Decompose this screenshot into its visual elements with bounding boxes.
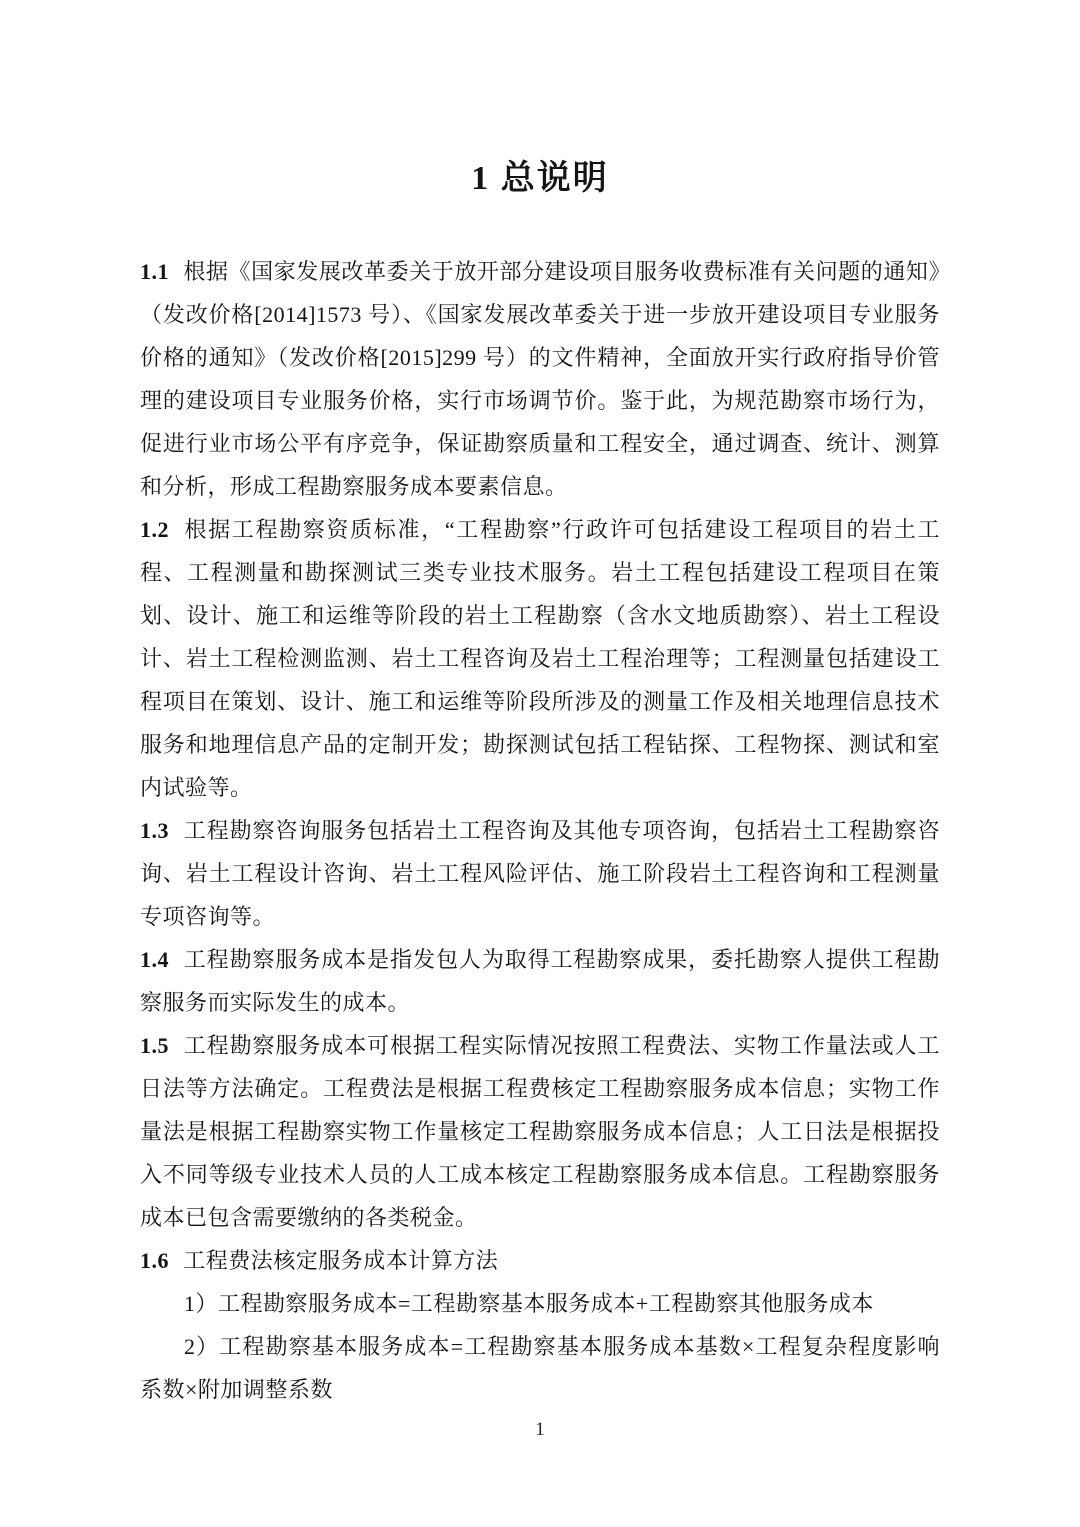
paragraph-1-1: 1.1根据《国家发展改革委关于放开部分建设项目服务收费标准有关问题的通知》（发改…: [140, 250, 940, 508]
formula-item-2: 2）工程勘察基本服务成本=工程勘察基本服务成本基数×工程复杂程度影响系数×附加调…: [140, 1325, 940, 1411]
paragraph-number: 1.2: [140, 517, 169, 542]
document-title: 1 总说明: [140, 158, 940, 200]
formula-item-1: 1）工程勘察服务成本=工程勘察基本服务成本+工程勘察其他服务成本: [140, 1282, 940, 1325]
paragraph-text: 工程勘察服务成本是指发包人为取得工程勘察成果，委托勘察人提供工程勘察服务而实际发…: [140, 947, 940, 1015]
document-page: 1 总说明 1.1根据《国家发展改革委关于放开部分建设项目服务收费标准有关问题的…: [0, 0, 1080, 1527]
paragraph-1-5: 1.5工程勘察服务成本可根据工程实际情况按照工程费法、实物工作量法或人工日法等方…: [140, 1024, 940, 1239]
paragraph-text: 根据《国家发展改革委关于放开部分建设项目服务收费标准有关问题的通知》（发改价格[…: [140, 259, 940, 499]
paragraph-text: 根据工程勘察资质标准，“工程勘察”行政许可包括建设工程项目的岩土工程、工程测量和…: [140, 517, 940, 800]
document-body: 1.1根据《国家发展改革委关于放开部分建设项目服务收费标准有关问题的通知》（发改…: [140, 250, 940, 1411]
paragraph-number: 1.5: [140, 1033, 169, 1058]
paragraph-1-2: 1.2根据工程勘察资质标准，“工程勘察”行政许可包括建设工程项目的岩土工程、工程…: [140, 508, 940, 809]
paragraph-1-6: 1.6工程费法核定服务成本计算方法: [140, 1239, 940, 1282]
paragraph-text: 工程勘察咨询服务包括岩土工程咨询及其他专项咨询，包括岩土工程勘察咨询、岩土工程设…: [140, 818, 940, 929]
paragraph-number: 1.3: [140, 818, 169, 843]
paragraph-1-3: 1.3工程勘察咨询服务包括岩土工程咨询及其他专项咨询，包括岩土工程勘察咨询、岩土…: [140, 809, 940, 938]
page-number: 1: [0, 1419, 1080, 1441]
paragraph-number: 1.4: [140, 947, 169, 972]
paragraph-number: 1.1: [140, 259, 169, 284]
paragraph-number: 1.6: [140, 1248, 169, 1273]
paragraph-text: 工程勘察服务成本可根据工程实际情况按照工程费法、实物工作量法或人工日法等方法确定…: [140, 1033, 940, 1230]
paragraph-text: 工程费法核定服务成本计算方法: [183, 1248, 498, 1273]
paragraph-1-4: 1.4工程勘察服务成本是指发包人为取得工程勘察成果，委托勘察人提供工程勘察服务而…: [140, 938, 940, 1024]
